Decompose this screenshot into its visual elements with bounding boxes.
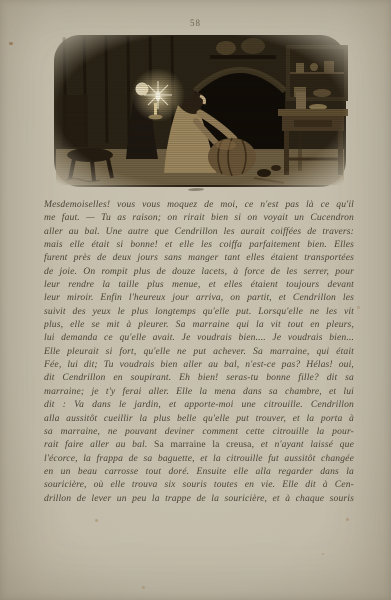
foxing-spot — [9, 42, 13, 45]
text-line: Mesdemoiselles! vous vous moquez de moi,… — [44, 198, 354, 211]
text-line: lui demanda ce qu'elle avait. Je voudrai… — [44, 331, 354, 344]
text-line: Fée, lui dit; Tu voudrais bien aller au … — [44, 358, 354, 371]
foxing-spot — [346, 518, 349, 521]
text-line: sa marraine, ne pouvant deviner comment … — [44, 425, 354, 438]
text-line: plus, elle se mit à pleurer. Sa marraine… — [44, 318, 354, 331]
text-line: aller au bal. Une autre que Cendrillon l… — [44, 225, 354, 238]
text-line: rait faire aller au bal. Sa marraine la … — [44, 438, 354, 451]
foxing-spot — [322, 553, 324, 555]
text-line: marraine; je t'y ferai aller. Elle la me… — [44, 385, 354, 398]
text-line: l'écorce, la frappa de sa baguette, et l… — [44, 452, 354, 465]
text-line: dit Cendrillon en soupirant. Eh bien! se… — [44, 371, 354, 384]
text-line: me faut. — Tu as raison; on rirait bien … — [44, 211, 354, 224]
text-line: leur miroir. Enfin l'heureux jour arriva… — [44, 291, 354, 304]
foxing-spot — [142, 586, 145, 589]
story-text: Mesdemoiselles! vous vous moquez de moi,… — [44, 198, 354, 505]
text-line: dit : Va dans le jardin, et apporte-moi … — [44, 398, 354, 411]
text-line: alla aussitôt cueillir la plus belle qu'… — [44, 412, 354, 425]
text-line: en un beau carrosse tout doré. Ensuite e… — [44, 465, 354, 478]
text-line: drillon de lever un peu la trappe de la … — [44, 492, 354, 505]
page-number: 58 — [0, 18, 391, 28]
text-line: furent près de deux jours sans manger ta… — [44, 251, 354, 264]
text-line: Elle pleurait si fort, qu'elle ne put ac… — [44, 345, 354, 358]
book-page: 58 — [0, 0, 391, 600]
text-line: mais elle était si bonne! et elle les co… — [44, 238, 354, 251]
etching-texture — [54, 35, 346, 187]
text-line: souricière, où elle trouva six souris to… — [44, 478, 354, 491]
foxing-spot — [357, 306, 360, 309]
text-line: de joie. On rompit plus de douze lacets,… — [44, 265, 354, 278]
text-line: leur rendre la taille plus menue, et ell… — [44, 278, 354, 291]
foxing-spot — [95, 519, 98, 522]
text-line: suivit des yeux le plus longtemps qu'ell… — [44, 305, 354, 318]
engraving-illustration — [50, 33, 350, 193]
